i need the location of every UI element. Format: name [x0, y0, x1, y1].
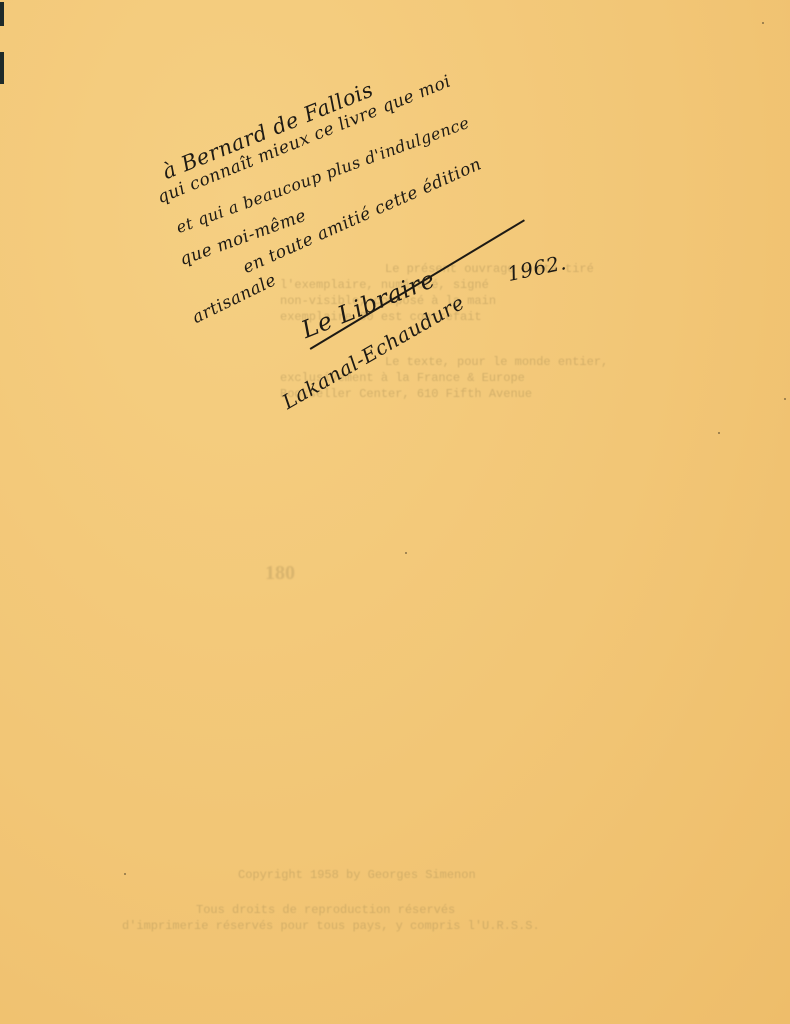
footer-line: Tous droits de reproduction réservés	[196, 903, 455, 918]
scanned-page: Le présent ouvrage a été tiré l'exemplai…	[0, 0, 790, 1024]
year: 1962.	[505, 250, 568, 286]
paper-speck	[762, 22, 764, 24]
page-number: 180	[265, 562, 295, 585]
paper-speck	[718, 432, 720, 434]
paper-speck	[405, 552, 407, 554]
copyright-line: Copyright 1958 by Georges Simenon	[238, 868, 476, 883]
paper-speck	[784, 398, 786, 400]
paper-speck	[124, 873, 126, 875]
binding-edge-mark	[0, 52, 4, 84]
footer-line: d'imprimerie réservés pour tous pays, y …	[122, 919, 540, 934]
binding-edge-mark	[0, 2, 4, 26]
